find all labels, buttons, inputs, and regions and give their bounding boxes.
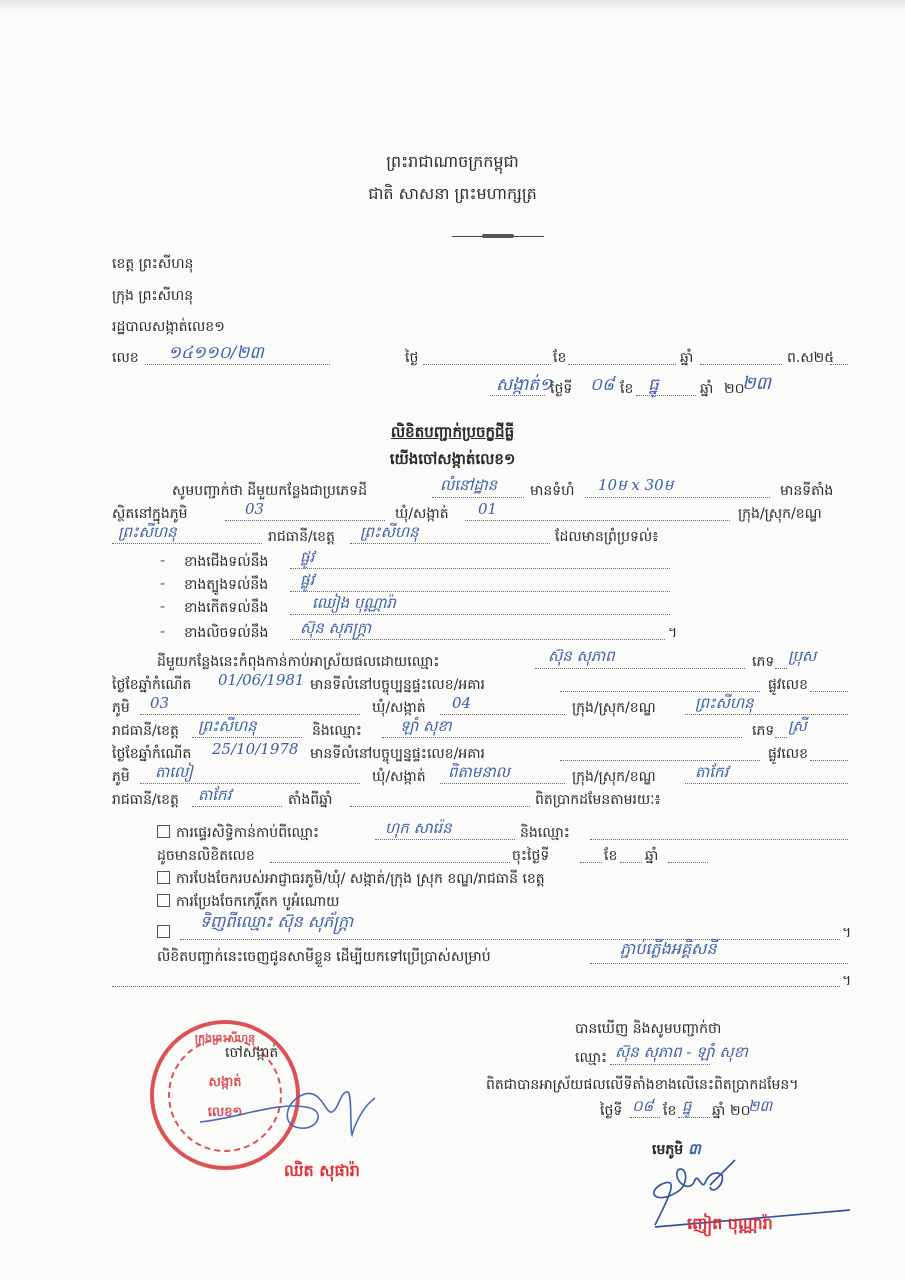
owner2-dob-label: ថ្ងៃខែឆ្នាំកំណើត	[112, 745, 191, 763]
checkbox-inheritance[interactable]: ការប្រែងចែកកេរ្តិ៍តក បូអំណោយ	[157, 893, 339, 911]
owner2-district-label: ក្រុង/ស្រុក/ខណ្ឌ	[572, 768, 656, 786]
month-label: ខែ	[553, 349, 566, 367]
right-statement: ពិតជាបានអាស្រ័យផលលើទីតាំងខាងលើនេះពិតប្រា…	[486, 1076, 799, 1094]
owner2-name-value: ឡាំ សុខា	[400, 717, 452, 735]
page-edge	[0, 0, 905, 12]
day2-label: ថ្ងៃទី	[550, 380, 572, 398]
boundary-label: ខាងត្បូងទល់នឹង	[184, 576, 268, 594]
transfer-month-dotline	[620, 862, 642, 863]
purpose-dotline	[590, 963, 848, 964]
ornament-divider	[452, 236, 544, 237]
other-value: ទិញពីឈ្មោះ ស៊ុន សុភ័ក្ត្រា	[200, 913, 353, 931]
land-district-label: ក្រុង/ស្រុក/ខណ្ឌ	[738, 505, 822, 523]
commune-admin-label: រដ្ឋបាលសង្កាត់លេខ១	[112, 318, 225, 336]
owner1-intro: ដីមួយកន្លែងនេះកំពុងកាន់កាប់អាស្រ័យផលដោយឈ…	[157, 653, 439, 671]
document-subtitle: យើងចៅសង្កាត់លេខ១	[0, 450, 905, 468]
checkbox-authority[interactable]: ការបែងចែករបស់អាជ្ញាធរភូមិ/ឃុំ/ សង្កាត់/ក…	[157, 870, 545, 888]
owner2-and-name-label: និងឈ្មោះ	[312, 722, 362, 740]
boundary-dotline	[290, 568, 670, 569]
right-intro: បានឃើញ និងសូមបញ្ជាក់ថា	[575, 1020, 721, 1038]
boundary-label: ខាងកើតទល់នឹង	[184, 599, 268, 617]
owner2-since-label: តាំងពីឆ្នាំ	[288, 791, 332, 809]
number-dotline	[145, 364, 330, 365]
owner1-sex-dotline	[775, 668, 787, 669]
owner2-village-value: តាលៀ	[155, 763, 193, 781]
other-dotline	[180, 939, 840, 940]
boundary-dotline	[290, 639, 665, 640]
transfer-from-value: ហុក សារ៉េន	[385, 819, 452, 837]
transfer-doc-dotline	[270, 862, 510, 863]
year2-label: ឆ្នាំ	[700, 380, 713, 398]
boundary-value: ផ្លូវ	[300, 571, 314, 589]
owner1-name-value: ស៊ុន សុភាព	[548, 647, 615, 665]
checkbox-transfer[interactable]: ការផ្ទេរសិទ្ធិកាន់កាប់ពីឈ្មោះ	[157, 824, 319, 842]
checkbox-icon[interactable]	[157, 894, 170, 907]
checkbox-icon[interactable]	[157, 825, 170, 838]
owner2-address-dotline	[560, 760, 760, 761]
owner2-province-dotline	[192, 806, 282, 807]
right-signer-name: ញៀត បុណ្ណារ៉ា	[687, 1213, 773, 1237]
owner1-province-label: រាជធានី/ខេត្ត	[112, 722, 179, 740]
owner1-street-dotline	[810, 691, 848, 692]
checkbox-icon[interactable]	[157, 871, 170, 884]
purpose-dotline-2	[112, 986, 840, 987]
owner1-address-label: មានទីលំនៅបច្ចុប្បន្នផ្ទះលេខ/អគារ	[310, 676, 485, 694]
bullet-dash: -	[160, 599, 165, 615]
left-signer-name: ឈិត សុផារ៉ា	[284, 1160, 360, 1184]
owner1-street-label: ផ្លូវលេខ	[768, 676, 808, 694]
land-intro: សូមបញ្ជាក់ថា ដីមួយកន្លែងជាប្រភេទដី	[172, 482, 367, 500]
transfer-month-label: ខែ	[604, 847, 617, 865]
year2-value: ២៣	[742, 375, 771, 393]
right-day-label: ថ្ងៃទី	[600, 1102, 622, 1120]
boundary-value: ឈៀង បុណ្ណារ៉ា	[312, 594, 396, 612]
owner1-sex-label: ភេទ	[752, 653, 774, 671]
transfer-from-dotline	[375, 839, 515, 840]
boundary-value: ផ្លូវ	[300, 548, 314, 566]
boundary-value: ស៊ុន សុភក្ត្រា	[300, 619, 371, 637]
owner1-sex-value: ប្រុស	[788, 647, 816, 665]
owner2-address-label: មានទីលំនៅបច្ចុប្បន្នផ្ទះលេខ/អគារ	[310, 745, 485, 763]
bullet-dash: -	[160, 553, 165, 569]
owner2-sex-dotline	[775, 737, 787, 738]
transfer-to-dotline	[590, 839, 848, 840]
checkbox-other[interactable]	[157, 924, 176, 942]
owner2-village-label: ភូមិ	[112, 768, 130, 786]
boundary-label: ដែលមានព្រំប្រទល់៖	[555, 528, 658, 546]
owner1-province-value: ព្រះសីហនុ	[198, 717, 257, 735]
owner2-dob-value: 25/10/1978	[212, 740, 298, 758]
transfer-date-label: ចុះថ្ងៃទី	[512, 847, 549, 865]
owner1-name-dotline	[535, 668, 745, 669]
owner1-dob-value: 01/06/1981	[218, 671, 304, 689]
right-month-value: ធ្នូ	[682, 1097, 692, 1115]
size-dotline	[585, 497, 770, 498]
owner2-street-label: ផ្លូវលេខ	[768, 745, 808, 763]
era-label: ព.ស២៥	[787, 349, 834, 367]
left-signature	[200, 1080, 380, 1140]
land-province-value: ព្រះសីហនុ	[360, 523, 419, 541]
checkbox-transfer-label: ការផ្ទេរសិទ្ធិកាន់កាប់ពីឈ្មោះ	[176, 825, 319, 841]
land-village-dotline	[225, 520, 385, 521]
checkbox-authority-label: ការបែងចែករបស់អាជ្ញាធរភូមិ/ឃុំ/ សង្កាត់/ក…	[176, 871, 545, 887]
month2-value: ធ្នូ	[648, 376, 659, 394]
boundary-label: ខាងជើងទល់នឹង	[184, 553, 268, 571]
land-type-dotline	[432, 497, 524, 498]
land-province-label: រាជធានី/ខេត្ត	[268, 528, 335, 546]
transfer-and-label: និងឈ្មោះ	[520, 824, 570, 842]
land-village-value: 03	[245, 500, 264, 518]
right-month-label: ខែ	[663, 1102, 676, 1120]
owner2-district-value: តាកែវ	[695, 763, 728, 781]
transfer-day-dotline	[580, 862, 602, 863]
land-province-dotline	[350, 543, 550, 544]
right-name-label: ឈ្មោះ	[575, 1049, 607, 1067]
motto-heading: ជាតិ សាសនា ព្រះមហាក្សត្រ	[0, 185, 905, 203]
owner1-district-dotline	[685, 714, 848, 715]
number-label: លេខ	[112, 349, 139, 367]
size-label: មានទំហំ	[530, 482, 574, 500]
owner2-province-label: រាជធានី/ខេត្ត	[112, 791, 179, 809]
owner2-village-dotline	[140, 783, 360, 784]
boundary-label: ខាងលិចទល់នឹង	[184, 624, 268, 642]
right-year-label: ឆ្នាំ	[712, 1102, 725, 1120]
place-dotline	[490, 395, 545, 396]
month-dotline	[568, 364, 676, 365]
owner2-fact-label: ពិតប្រាកដមែនតាមរយៈ៖	[535, 791, 661, 809]
owner2-district-dotline	[685, 783, 848, 784]
transfer-year-dotline	[668, 862, 708, 863]
purpose-end-mark: ។	[842, 972, 851, 990]
land-district-dotline	[112, 543, 262, 544]
number-value: ១៤១១០/២៣	[168, 344, 264, 362]
owner2-sex-value: ស្រី	[788, 717, 807, 735]
owner1-village-dotline	[140, 714, 360, 715]
owner1-commune-dotline	[440, 714, 565, 715]
bullet-dash: -	[160, 624, 165, 640]
size-value: 10ម x 30ម	[598, 476, 673, 494]
boundary-end-mark: ។	[668, 624, 677, 642]
land-commune-label: ឃុំ/សង្កាត់	[395, 505, 449, 523]
land-commune-dotline	[465, 520, 730, 521]
day2-value: ០៨	[590, 376, 614, 394]
month2-label: ខែ	[620, 380, 633, 398]
document-title: លិខិតបញ្ជាក់ប្រចក្ខជីធ្លី	[0, 423, 905, 441]
owner2-commune-value: ពិតាមនាល	[448, 763, 510, 781]
purpose-value: ភ្ជាប់ភ្លើងអគ្គិសនី	[620, 940, 716, 958]
boundary-dotline	[290, 591, 670, 592]
month2-dotline	[636, 395, 696, 396]
right-day-value: ០៨	[632, 1097, 653, 1115]
owner2-since-dotline	[350, 806, 530, 807]
day-dotline	[423, 364, 551, 365]
transfer-year-label: ឆ្នាំ	[645, 847, 658, 865]
transfer-doc-label: ដូចមានលិខិតលេខ	[157, 847, 255, 865]
land-village-label: ស្ថិតនៅក្នុងភូមិ	[112, 505, 188, 523]
land-district-value: ព្រះសីហនុ	[118, 523, 177, 541]
owner2-commune-label: ឃុំ/សង្កាត់	[372, 768, 426, 786]
owner2-street-dotline	[810, 760, 848, 761]
owner1-address-dotline	[560, 691, 760, 692]
right-year-value: ២៣	[748, 1097, 772, 1115]
owner1-province-dotline	[192, 737, 302, 738]
checkbox-inheritance-label: ការប្រែងចែកកេរ្តិ៍តក បូអំណោយ	[176, 894, 339, 910]
right-name-value: ស៊ុន សុភាព - ឡាំ សុខា	[615, 1043, 748, 1061]
owner2-province-value: តាកែវ	[198, 786, 231, 804]
bullet-dash: -	[160, 576, 165, 592]
place-value: សង្កាត់១	[496, 376, 552, 394]
era-dotline	[830, 364, 848, 365]
city-label: ក្រុង ព្រះសីហនុ	[112, 287, 193, 305]
boundary-dotline	[290, 614, 670, 615]
checkbox-icon[interactable]	[157, 925, 170, 938]
owner1-commune-value: 04	[452, 694, 471, 712]
owner2-sex-label: ភេទ	[752, 722, 774, 740]
land-type-value: លំនៅដ្ឋាន	[440, 476, 497, 494]
year-dotline	[700, 364, 782, 365]
purpose-label: លិខិតបញ្ជាក់នេះចេញជូនសាមីខ្លួន ដើម្បីយកទ…	[157, 948, 491, 966]
owner1-district-label: ក្រុង/ស្រុក/ខណ្ឌ	[572, 699, 656, 717]
other-end-mark: ។	[842, 924, 851, 942]
right-name-dotline	[610, 1064, 710, 1065]
owner1-village-label: ភូមិ	[112, 699, 130, 717]
owner2-commune-dotline	[440, 783, 565, 784]
owner1-commune-label: ឃុំ/សង្កាត់	[372, 699, 426, 717]
province-label: ខេត្ត ព្រះសីហនុ	[112, 255, 193, 273]
right-month-dotline	[678, 1117, 710, 1118]
year-label: ឆ្នាំ	[680, 349, 693, 367]
day-label: ថ្ងៃ	[405, 349, 418, 367]
owner2-name-dotline	[382, 737, 742, 738]
owner1-village-value: 03	[150, 694, 169, 712]
left-signer-title: ចៅសង្កាត់	[225, 1044, 278, 1062]
location-label: មានទីតាំង	[780, 482, 833, 500]
right-day-dotline	[630, 1117, 660, 1118]
land-commune-value: 01	[478, 500, 497, 518]
kingdom-heading: ព្រះរាជាណាចក្រកម្ពុជា	[0, 153, 905, 171]
owner1-district-value: ព្រះសីហនុ	[695, 694, 754, 712]
owner1-dob-label: ថ្ងៃខែឆ្នាំកំណើត	[112, 676, 191, 694]
